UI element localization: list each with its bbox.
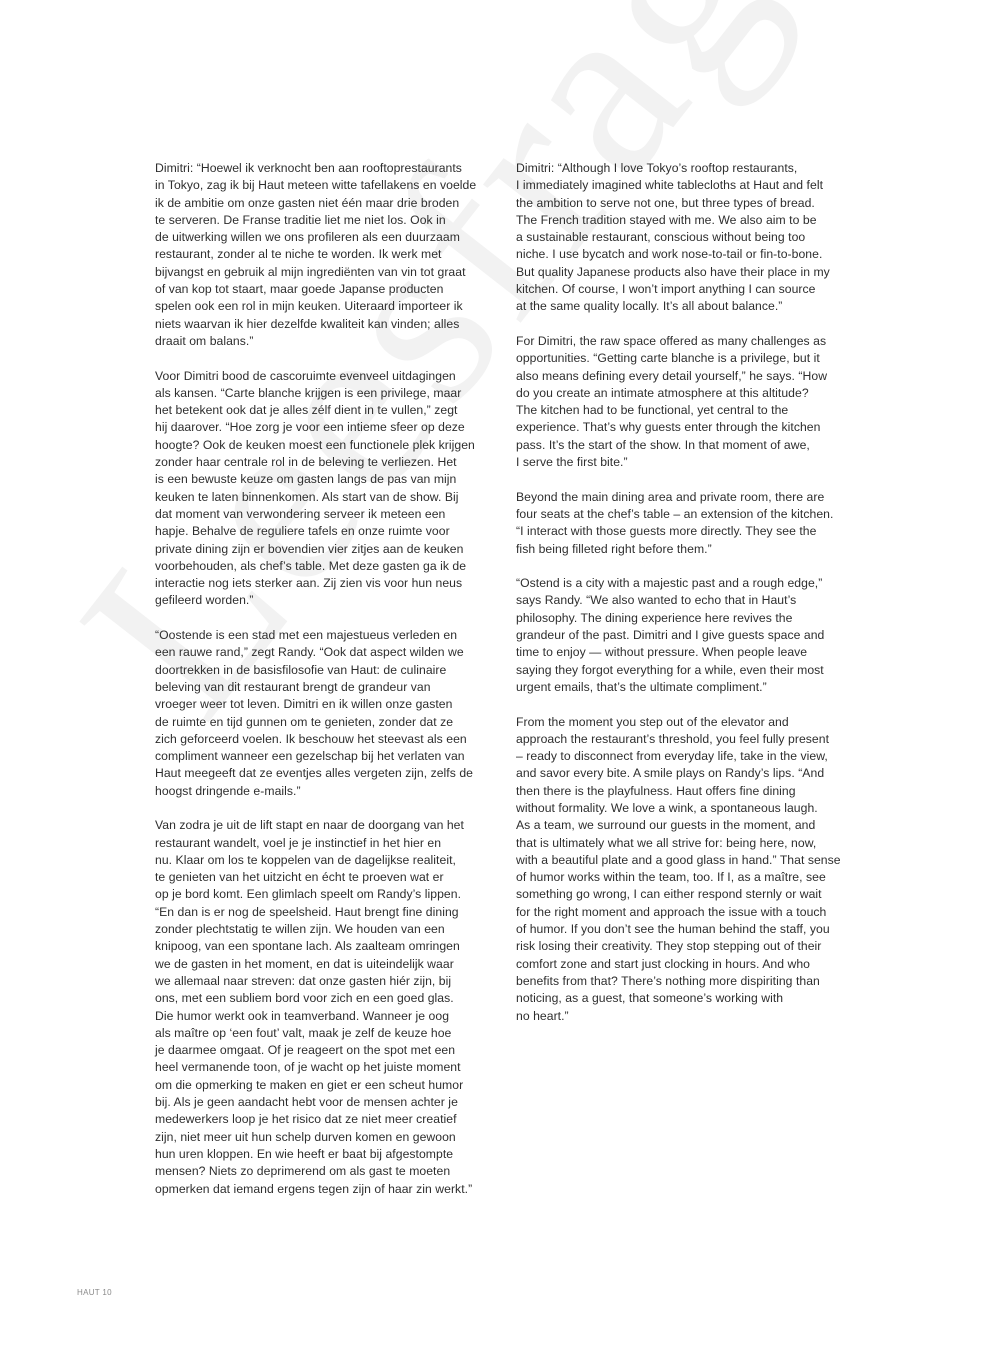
text-line: zijn, niet meer uit hun schelp durven ko… [155,1129,490,1146]
paragraph-nl-2: Voor Dimitri bood de cascoruimte evenvee… [155,368,490,610]
text-line: ik de ambitie om onze gasten niet één ma… [155,195,490,212]
text-line: The kitchen had to be functional, yet ce… [516,402,851,419]
dutch-text-column: Dimitri: “Hoewel ik verknocht ben aan ro… [155,160,490,1215]
text-line: Dimitri: “Hoewel ik verknocht ben aan ro… [155,160,490,177]
text-line: – ready to disconnect from everyday life… [516,748,851,765]
text-line: says Randy. “We also wanted to echo that… [516,592,851,609]
paragraph-nl-3: “Oostende is een stad met een majestueus… [155,627,490,800]
text-line: and savor every bite. A smile plays on R… [516,765,851,782]
text-line: Beyond the main dining area and private … [516,489,851,506]
text-line: de uitwerking willen we ons profileren a… [155,229,490,246]
text-line: noticing, as a guest, that someone’s wor… [516,990,851,1007]
text-line: at the same quality locally. It’s all ab… [516,298,851,315]
text-line: grandeur of the past. Dimitri and I give… [516,627,851,644]
text-line: opmerken dat iemand ergens tegen zijn of… [155,1181,490,1198]
text-line: For Dimitri, the raw space offered as ma… [516,333,851,350]
text-line: opportunities. “Getting carte blanche is… [516,350,851,367]
paragraph-en-4: “Ostend is a city with a majestic past a… [516,575,851,696]
text-line: we de gasten in het moment, en dat is ui… [155,956,490,973]
text-line: with a beautiful plate and a good glass … [516,852,851,869]
text-line: experience. That’s why guests enter thro… [516,419,851,436]
text-line: Haut meegeeft dat ze eventjes alles verg… [155,765,490,782]
text-line: no heart.” [516,1008,851,1025]
text-line: doortrekken in de basisfilosofie van Hau… [155,662,490,679]
text-line: then there is the playfulness. Haut offe… [516,783,851,800]
magazine-page: Dimitri: “Hoewel ik verknocht ben aan ro… [0,0,1000,1347]
text-line: hun uren kloppen. En wie heeft er baat b… [155,1146,490,1163]
text-line: saying they forgot everything for a whil… [516,662,851,679]
text-line: for the right moment and approach the is… [516,904,851,921]
text-line: do you create an intimate atmosphere at … [516,385,851,402]
text-line: zich geforceerd voelen. Ik beschouw het … [155,731,490,748]
text-line: of humor works within the team, too. If … [516,869,851,886]
text-line: the ambition to serve not one, but three… [516,195,851,212]
text-line: time to enjoy — without pressure. When p… [516,644,851,661]
paragraph-en-1: Dimitri: “Although I love Tokyo’s roofto… [516,160,851,316]
text-line: The French tradition stayed with me. We … [516,212,851,229]
text-line: spelen ook een rol in mijn keuken. Uiter… [155,298,490,315]
page-number-footer: HAUT 10 [77,1288,112,1297]
text-line: “En dan is er nog de speelsheid. Haut br… [155,904,490,921]
text-line: From the moment you step out of the elev… [516,714,851,731]
text-line: restaurant wandelt, voel je je instincti… [155,835,490,852]
text-line: medewerkers loop je het risico dat ze ni… [155,1111,490,1128]
text-line: pass. It’s the start of the show. In tha… [516,437,851,454]
text-line: mensen? Niets zo deprimerend om als gast… [155,1163,490,1180]
text-line: Dimitri: “Although I love Tokyo’s roofto… [516,160,851,177]
text-line: hoogte? Ook de keuken moest een function… [155,437,490,454]
text-line: approach the restaurant’s threshold, you… [516,731,851,748]
english-text-column: Dimitri: “Although I love Tokyo’s roofto… [516,160,851,1042]
text-line: hoogst dringende e-mails.” [155,783,490,800]
text-line: that is ultimately what we all strive fo… [516,835,851,852]
paragraph-nl-1: Dimitri: “Hoewel ik verknocht ben aan ro… [155,160,490,350]
text-line: op je bord komt. Een glimlach speelt om … [155,886,490,903]
text-line: heel vermanende toon, of je wacht op het… [155,1059,490,1076]
text-line: niets waarvan ik hier dezelfde kwaliteit… [155,316,490,333]
text-line: gefileerd worden.” [155,592,490,609]
text-line: As a team, we surround our guests in the… [516,817,851,834]
text-line: But quality Japanese products also have … [516,264,851,281]
text-line: hij daarover. “Hoe zorg je voor een inti… [155,419,490,436]
text-line: in Tokyo, zag ik bij Haut meteen witte t… [155,177,490,194]
text-line: we allemaal naar streven: dat onze gaste… [155,973,490,990]
text-line: benefits from that? There’s nothing more… [516,973,851,990]
text-line: beleving van dit restaurant brengt de gr… [155,679,490,696]
text-line: bij. Als je geen aandacht hebt voor de m… [155,1094,490,1111]
text-line: knipoog, van een spontane lach. Als zaal… [155,938,490,955]
text-line: four seats at the chef’s table – an exte… [516,506,851,523]
paragraph-en-2: For Dimitri, the raw space offered as ma… [516,333,851,471]
text-line: of van kop tot staart, maar goede Japans… [155,281,490,298]
text-line: compliment wanneer een gezelschap bij he… [155,748,490,765]
text-line: Die humor werkt ook in teamverband. Wann… [155,1008,490,1025]
text-line: private dining zijn er bovendien vier zi… [155,541,490,558]
text-line: risk losing their creativity. They stop … [516,938,851,955]
text-line: zonder haar centrale rol in de beleving … [155,454,490,471]
text-line: I immediately imagined white tablecloths… [516,177,851,194]
text-line: of humor. If you don’t see the human beh… [516,921,851,938]
paragraph-nl-4: Van zodra je uit de lift stapt en naar d… [155,817,490,1198]
text-line: something go wrong, I can either respond… [516,886,851,903]
text-line: is een bewuste keuze om gasten langs de … [155,471,490,488]
text-line: restaurant, zonder al te niche te worden… [155,246,490,263]
text-line: het betekent ook dat je alles zélf dient… [155,402,490,419]
text-line: hapje. Behalve de reguliere tafels en on… [155,523,490,540]
text-line: urgent emails, that’s the ultimate compl… [516,679,851,696]
text-line: kitchen. Of course, I won’t import anyth… [516,281,851,298]
text-line: je daarmee omgaat. Of je reageert on the… [155,1042,490,1059]
text-line: philosophy. The dining experience here r… [516,610,851,627]
text-line: also means defining every detail yoursel… [516,368,851,385]
text-line: “I interact with those guests more direc… [516,523,851,540]
text-line: interactie nog iets sterker aan. Zij zie… [155,575,490,592]
text-line: te serveren. De Franse traditie liet me … [155,212,490,229]
text-line: fish being filleted right before them.” [516,541,851,558]
text-line: “Oostende is een stad met een majestueus… [155,627,490,644]
text-line: “Ostend is a city with a majestic past a… [516,575,851,592]
text-line: een rauwe rand,” zegt Randy. “Ook dat as… [155,644,490,661]
text-line: voorbehouden, als chef’s table. Met deze… [155,558,490,575]
text-line: ons, met een subliem bord voor zich en e… [155,990,490,1007]
text-line: dat moment van verwondering serveer ik m… [155,506,490,523]
text-line: te genieten van het uitzicht en écht te … [155,869,490,886]
text-line: Van zodra je uit de lift stapt en naar d… [155,817,490,834]
text-line: I serve the first bite.” [516,454,851,471]
text-line: als kansen. “Carte blanche krijgen is ee… [155,385,490,402]
text-line: vroeger weer tot leven. Dimitri en ik wi… [155,696,490,713]
text-line: Voor Dimitri bood de cascoruimte evenvee… [155,368,490,385]
text-line: comfort zone and start just clocking in … [516,956,851,973]
text-line: zonder plechtstatig te willen zijn. We h… [155,921,490,938]
text-line: nu. Klaar om los te koppelen van de dage… [155,852,490,869]
text-line: niche. I use bycatch and work nose-to-ta… [516,246,851,263]
text-line: without formality. We love a wink, a spo… [516,800,851,817]
paragraph-en-5: From the moment you step out of the elev… [516,714,851,1025]
text-line: als maître op ‘een fout’ valt, maak je z… [155,1025,490,1042]
text-line: om die opmerking te maken en giet er een… [155,1077,490,1094]
text-line: de ruimte en tijd gunnen om te genieten,… [155,714,490,731]
text-line: bijvangst en gebruik al mijn ingrediënte… [155,264,490,281]
text-line: draait om balans.” [155,333,490,350]
paragraph-en-3: Beyond the main dining area and private … [516,489,851,558]
text-line: a sustainable restaurant, conscious with… [516,229,851,246]
text-line: keuken te laten binnenkomen. Als start v… [155,489,490,506]
